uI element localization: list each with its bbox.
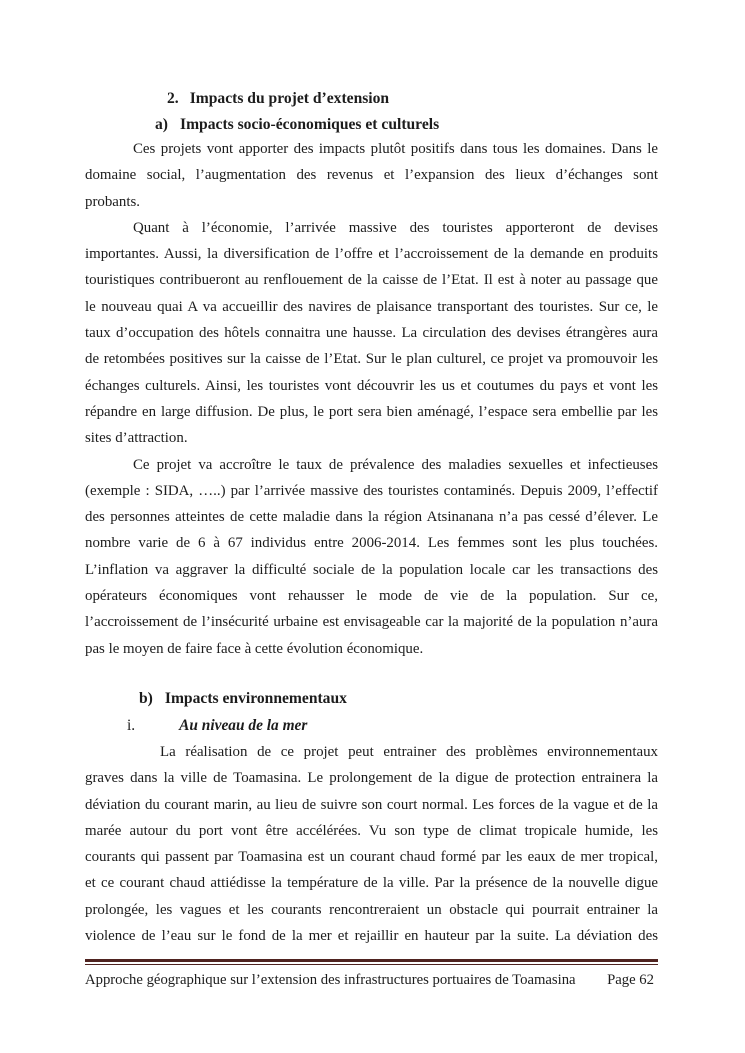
heading-number: a) <box>155 114 168 136</box>
text-line: déviation du courant marin, au lieu de s… <box>85 792 658 818</box>
text-line: Quant à l’économie, l’arrivée massive de… <box>85 215 658 241</box>
text-line: taux d’occupation des hôtels connaitra u… <box>85 320 658 346</box>
footer-text-row: Approche géographique sur l’extension de… <box>85 971 658 989</box>
subheading-a: a)Impacts socio-économiques et culturels <box>155 114 658 136</box>
text-line: nombre varie de 6 à 67 individus entre 2… <box>85 530 658 556</box>
text-line: prolongée, les vagues et les courants re… <box>85 897 658 923</box>
text-line: l’accroissement de l’insécurité urbaine … <box>85 609 658 635</box>
text-line: violence de l’eau sur le fond de la mer … <box>85 923 658 949</box>
text-line: La réalisation de ce projet peut entrain… <box>85 739 658 765</box>
footer-title: Approche géographique sur l’extension de… <box>85 971 576 989</box>
paragraph: Quant à l’économie, l’arrivée massive de… <box>85 215 658 452</box>
text-line: courants qui passent par Toamasina est u… <box>85 844 658 870</box>
heading-number: 2. <box>167 88 179 110</box>
footer-rule <box>85 959 658 965</box>
section-heading-2: 2.Impacts du projet d’extension <box>167 88 658 110</box>
text-line: marée autour du port vont être accélérée… <box>85 818 658 844</box>
text-line: Ce projet va accroître le taux de préval… <box>85 452 658 478</box>
text-line: de retombées positives sur la caisse de … <box>85 346 658 372</box>
paragraph: Ces projets vont apporter des impacts pl… <box>85 136 658 215</box>
heading-label: Impacts socio-économiques et culturels <box>180 116 439 133</box>
text-line: pas le moyen de faire face à cette évolu… <box>85 636 658 662</box>
text-line: touristiques contribueront au renfloueme… <box>85 267 658 293</box>
heading-label: Impacts environnementaux <box>165 690 347 707</box>
footer: Approche géographique sur l’extension de… <box>85 959 658 989</box>
document-page: 2.Impacts du projet d’extension a)Impact… <box>0 0 745 1053</box>
text-line: échanges culturels. Ainsi, les touristes… <box>85 373 658 399</box>
text-line: graves dans la ville de Toamasina. Le pr… <box>85 765 658 791</box>
heading-label: Au niveau de la mer <box>179 717 307 734</box>
subheading-b: b)Impacts environnementaux <box>139 688 658 710</box>
text-line: (exemple : SIDA, …..) par l’arrivée mass… <box>85 478 658 504</box>
text-line: Ces projets vont apporter des impacts pl… <box>85 136 658 162</box>
paragraph: La réalisation de ce projet peut entrain… <box>85 739 658 949</box>
text-line: importantes. Aussi, la diversification d… <box>85 241 658 267</box>
text-line: et ce courant chaud attiédisse la tempér… <box>85 870 658 896</box>
subheading-i: i.Au niveau de la mer <box>85 714 658 738</box>
page-body: 2.Impacts du projet d’extension a)Impact… <box>85 0 658 949</box>
text-line: probants. <box>85 189 658 215</box>
text-line: L’inflation va aggraver la difficulté so… <box>85 557 658 583</box>
heading-number: b) <box>139 688 153 710</box>
text-line: des personnes atteintes de cette maladie… <box>85 504 658 530</box>
heading-number: i. <box>127 714 135 738</box>
text-line: domaine social, l’augmentation des reven… <box>85 162 658 188</box>
paragraph: Ce projet va accroître le taux de préval… <box>85 452 658 662</box>
text-line: opérateurs économiques vont rehausser le… <box>85 583 658 609</box>
footer-page-number: Page 62 <box>607 971 658 989</box>
text-line: répandre en large diffusion. De plus, le… <box>85 399 658 425</box>
text-line: le nouveau quai A va accueillir des navi… <box>85 294 658 320</box>
heading-label: Impacts du projet d’extension <box>190 90 389 107</box>
text-line: sites d’attraction. <box>85 425 658 451</box>
